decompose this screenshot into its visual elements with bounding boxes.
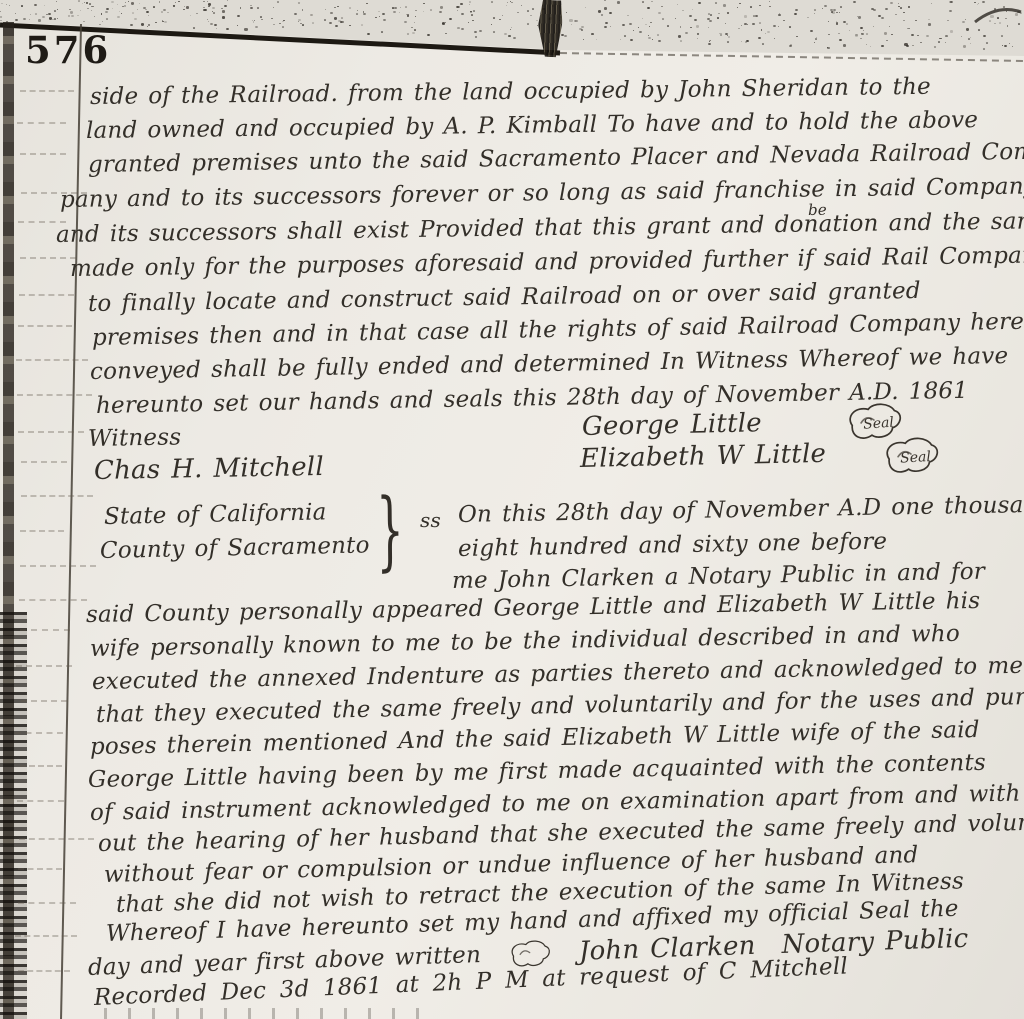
margin-ruling-dash <box>16 665 72 667</box>
margin-ruling-dash <box>15 935 77 937</box>
acknowledgment-line: On this 28th day of November A.D one tho… <box>458 490 1024 530</box>
margin-ruling-dash <box>20 90 74 92</box>
page-number: 576 <box>25 28 111 72</box>
record-page: 576 side of the Railroad. from the land … <box>0 0 1024 1019</box>
interlineation-be: be <box>808 203 827 218</box>
witness-label: Witness <box>88 422 182 454</box>
margin-ruling-dash <box>19 294 74 296</box>
venue-ss: ss <box>420 505 441 535</box>
margin-ruling-dash <box>19 838 94 840</box>
margin-ruling-dash <box>20 530 65 532</box>
margin-rule <box>60 24 82 1019</box>
margin-ruling-dash <box>21 461 66 463</box>
margin-ruling-dash <box>17 122 66 124</box>
seal-icon: Seal <box>879 432 943 477</box>
manuscript-line: side of the Railroad. from the land occu… <box>90 72 931 112</box>
margin-ruling-dash <box>16 359 88 361</box>
margin-ruling-dash <box>20 153 66 155</box>
margin-ruling-dash <box>18 221 67 223</box>
margin-ruling-dash <box>18 325 71 327</box>
margin-ruling-dash <box>20 629 69 631</box>
margin-ruling-dash <box>21 495 93 497</box>
venue-state: State of California <box>104 497 327 532</box>
binding-edge-hatch <box>0 612 27 1019</box>
scan-noise-band <box>0 0 1024 64</box>
grantor-signature: Elizabeth W Little <box>580 439 827 474</box>
venue-county: County of Sacramento <box>100 530 370 566</box>
margin-ruling-dash <box>18 868 63 870</box>
margin-ruling-dash <box>18 902 76 904</box>
grantor-signature: George Little <box>582 408 762 442</box>
svg-text:Seal: Seal <box>900 449 931 467</box>
margin-ruling-dash <box>15 732 63 734</box>
margin-ruling-dash <box>19 599 87 601</box>
svg-text:Seal: Seal <box>863 415 895 433</box>
margin-ruling-dash <box>17 800 64 802</box>
margin-ruling-dash <box>17 394 92 396</box>
witness-signature: Chas H. Mitchell <box>94 452 324 486</box>
acknowledgment-line: eight hundred and sixty one before <box>458 527 888 564</box>
margin-ruling-dash <box>20 257 76 259</box>
margin-ruling-dash <box>18 970 70 972</box>
cutoff-line-strokes <box>104 1008 434 1019</box>
margin-ruling-dash <box>20 565 96 567</box>
margin-ruling-dash <box>21 700 67 702</box>
margin-ruling-dash <box>18 431 84 433</box>
margin-ruling-dash <box>20 765 63 767</box>
margin-ruling-dash <box>21 192 87 194</box>
venue-brace: } <box>376 487 404 574</box>
